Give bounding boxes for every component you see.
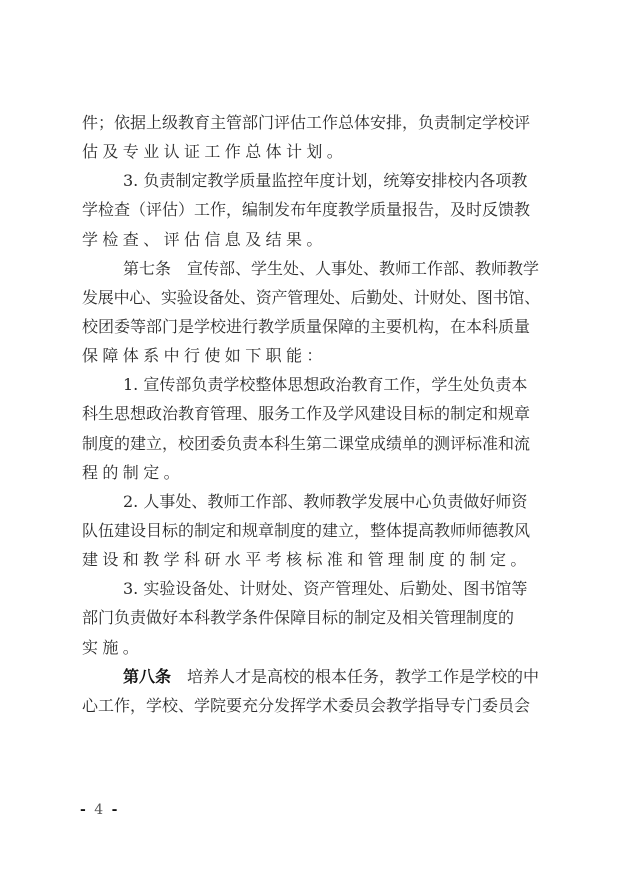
line-text: 科生思想政治教育管理、服务工作及学风建设目标的制定和规章 [82, 404, 530, 423]
article-heading: 第八条 [123, 667, 171, 686]
line-text: 学检查（评估）工作，编制发布年度教学质量报告，及时反馈教 [82, 200, 530, 219]
line-text: 心工作，学校、学院要充分发挥学术委员会教学指导专门委员会 [82, 696, 530, 715]
text-line: 心工作，学校、学院要充分发挥学术委员会教学指导专门委员会 [82, 691, 540, 720]
line-text: 程的制定。 [82, 463, 184, 482]
document-body: 件；依据上级教育主管部门评估工作总体安排，负责制定学校评估及专业认证工作总体计划… [82, 108, 540, 720]
text-line: 第八条 培养人才是高校的根本任务，教学工作是学校的中 [82, 662, 540, 691]
text-line: 第七条 宣传部、学生处、人事处、教师工作部、教师教学 [82, 254, 540, 283]
line-text: 实施。 [82, 638, 143, 657]
line-text: 3. 实验设备处、计财处、资产管理处、后勤处、图书馆等 [123, 579, 527, 598]
text-line: 2. 人事处、教师工作部、教师教学发展中心负责做好师资 [82, 487, 540, 516]
line-text: 发展中心、实验设备处、资产管理处、后勤处、计财处、图书馆、 [82, 288, 540, 307]
line-text: 部门负责做好本科教学条件保障目标的制定及相关管理制度的 [82, 608, 514, 627]
text-line: 发展中心、实验设备处、资产管理处、后勤处、计财处、图书馆、 [82, 283, 540, 312]
text-line: 3. 负责制定教学质量监控年度计划，统筹安排校内各项教 [82, 166, 540, 195]
line-text: 3. 负责制定教学质量监控年度计划，统筹安排校内各项教 [123, 171, 527, 190]
text-line: 学检查、评估信息及结果。 [82, 225, 540, 254]
line-text: 第七条 宣传部、学生处、人事处、教师工作部、教师教学 [123, 259, 539, 278]
text-line: 保障体系中行使如下职能： [82, 341, 540, 370]
line-text: 件；依据上级教育主管部门评估工作总体安排，负责制定学校评 [82, 113, 530, 132]
text-line: 制度的建立，校团委负责本科生第二课堂成绩单的测评标准和流 [82, 429, 540, 458]
line-text: 队伍建设目标的制定和规章制度的建立，整体提高教师师德教风 [82, 521, 530, 540]
page-footer: - 4 - [80, 802, 119, 818]
text-line: 1. 宣传部负责学校整体思想政治教育工作，学生处负责本 [82, 370, 540, 399]
text-line: 3. 实验设备处、计财处、资产管理处、后勤处、图书馆等 [82, 574, 540, 603]
text-line: 件；依据上级教育主管部门评估工作总体安排，负责制定学校评 [82, 108, 540, 137]
text-line: 部门负责做好本科教学条件保障目标的制定及相关管理制度的 [82, 603, 540, 632]
document-page: 件；依据上级教育主管部门评估工作总体安排，负责制定学校评估及专业认证工作总体计划… [0, 0, 617, 875]
text-line: 估及专业认证工作总体计划。 [82, 137, 540, 166]
line-text: 学检查、评估信息及结果。 [82, 230, 327, 249]
page-number: 4 [94, 802, 105, 818]
text-line: 学检查（评估）工作，编制发布年度教学质量报告，及时反馈教 [82, 195, 540, 224]
line-text: 保障体系中行使如下职能： [82, 346, 327, 365]
text-line: 科生思想政治教育管理、服务工作及学风建设目标的制定和规章 [82, 399, 540, 428]
text-line: 建设和教学科研水平考核标准和管理制度的制定。 [82, 545, 540, 574]
line-text: 制度的建立，校团委负责本科生第二课堂成绩单的测评标准和流 [82, 434, 530, 453]
footer-dash-left: - [80, 802, 88, 818]
text-line: 队伍建设目标的制定和规章制度的建立，整体提高教师师德教风 [82, 516, 540, 545]
line-text: 建设和教学科研水平考核标准和管理制度的制定。 [82, 550, 531, 569]
line-text: 2. 人事处、教师工作部、教师教学发展中心负责做好师资 [123, 492, 527, 511]
text-line: 程的制定。 [82, 458, 540, 487]
line-text: 估及专业认证工作总体计划。 [82, 142, 347, 161]
text-line: 校团委等部门是学校进行教学质量保障的主要机构，在本科质量 [82, 312, 540, 341]
text-line: 实施。 [82, 633, 540, 662]
footer-dash-right: - [112, 802, 120, 818]
line-text: 校团委等部门是学校进行教学质量保障的主要机构，在本科质量 [82, 317, 530, 336]
line-text: 培养人才是高校的根本任务，教学工作是学校的中 [171, 667, 539, 686]
line-text: 1. 宣传部负责学校整体思想政治教育工作，学生处负责本 [123, 375, 527, 394]
